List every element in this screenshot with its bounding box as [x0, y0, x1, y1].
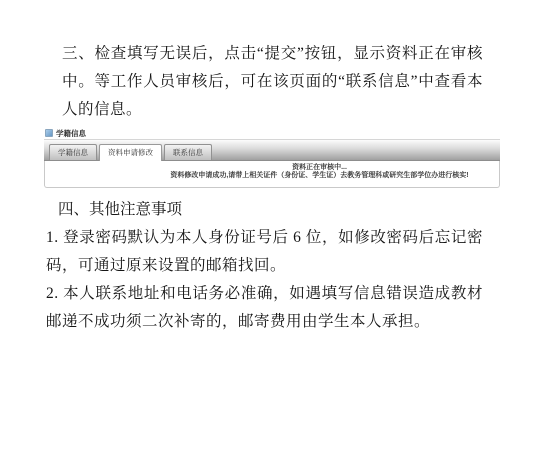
review-status-line2: 资料修改申请成功,请带上相关证件（身份证、学生证）去教务管理科或研究生部学位办进… [144, 172, 495, 180]
review-status-message: 资料正在审核中... 资料修改申请成功,请带上相关证件（身份证、学生证）去教务管… [144, 164, 495, 180]
section4-heading: 四、其他注意事项 [58, 196, 483, 224]
screenshot-window-title: 学籍信息 [56, 128, 86, 139]
tab-student-info[interactable]: 学籍信息 [49, 144, 97, 161]
section3-paragraph: 三、检查填写无误后，点击“提交”按钮，显示资料正在审核中。等工作人员审核后，可在… [62, 40, 483, 124]
section4-item1: 1. 登录密码默认为本人身份证号后 6 位，如修改密码后忘记密码，可通过原来设置… [46, 224, 483, 280]
screenshot-window-header: 学籍信息 [44, 127, 500, 140]
section4: 四、其他注意事项 1. 登录密码默认为本人身份证号后 6 位，如修改密码后忘记密… [46, 196, 483, 336]
embedded-screenshot: 学籍信息 学籍信息 资料申请修改 联系信息 资料正在审核中... 资料修改申请成… [44, 127, 500, 188]
review-status-line1: 资料正在审核中... [144, 164, 495, 172]
screenshot-content-panel: 资料正在审核中... 资料修改申请成功,请带上相关证件（身份证、学生证）去教务管… [44, 161, 500, 188]
section4-item2: 2. 本人联系地址和电话务必准确，如遇填写信息错误造成教材邮递不成功须二次补寄的… [46, 280, 483, 336]
tab-contact-info[interactable]: 联系信息 [164, 144, 212, 161]
screenshot-tabbar: 学籍信息 资料申请修改 联系信息 [44, 140, 500, 161]
tab-data-change-request[interactable]: 资料申请修改 [99, 144, 162, 162]
student-record-icon [45, 129, 53, 137]
